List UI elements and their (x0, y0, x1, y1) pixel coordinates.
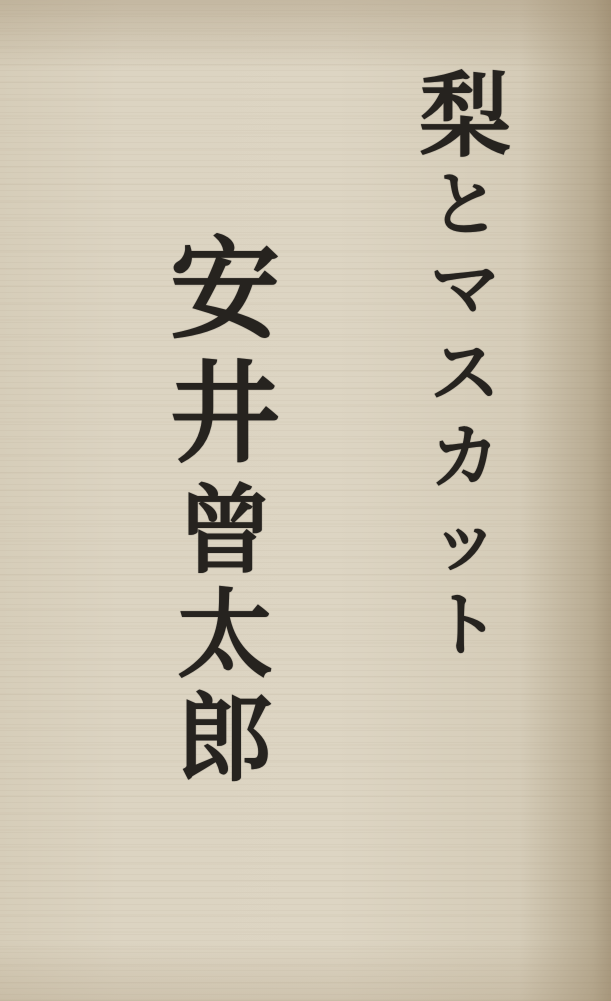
author-signature-column: 安 井 曾 太 郎 (150, 235, 300, 795)
title-char: 梨 (419, 70, 511, 162)
author-char: 郎 (177, 691, 273, 787)
author-char: 井 (170, 359, 280, 469)
title-char: ト (430, 590, 500, 660)
title-char: マ (430, 254, 500, 324)
author-char: 安 (170, 235, 280, 345)
title-column: 梨 と マ ス カ ッ ト (400, 70, 530, 674)
title-char: ッ (430, 506, 500, 576)
title-char: と (430, 170, 500, 240)
author-char: 曾 (177, 483, 273, 579)
title-char: カ (430, 422, 500, 492)
author-char: 太 (177, 587, 273, 683)
title-char: ス (430, 338, 500, 408)
handwritten-paper: 梨 と マ ス カ ッ ト 安 井 曾 太 郎 (0, 0, 611, 1001)
